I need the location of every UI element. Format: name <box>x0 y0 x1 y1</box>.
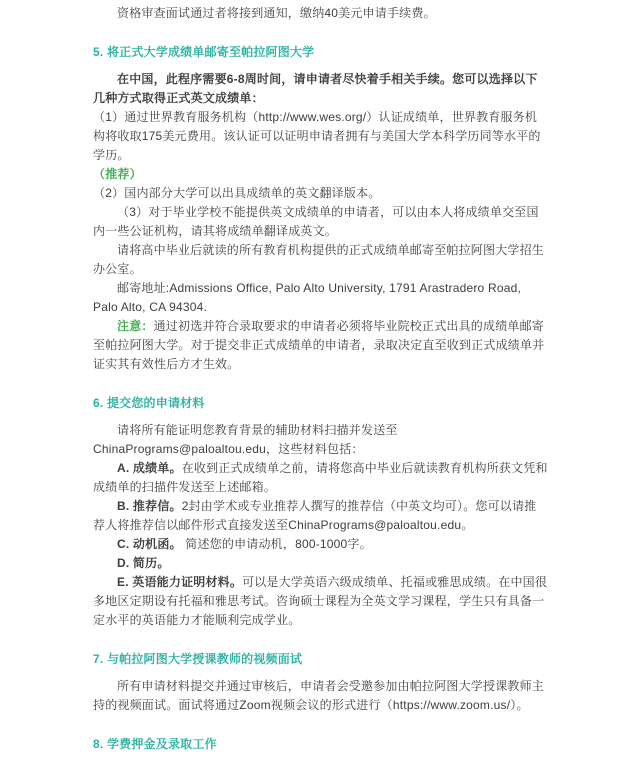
option-1-text: （1）通过世界教育服务机构（http://www.wes.org/）认证成绩单，… <box>93 110 541 162</box>
section-6-lead: 请将所有能证明您教育背景的辅助材料扫描并发送至ChinaPrograms@pal… <box>93 421 548 459</box>
section-5-option-2: （2）国内部分大学可以出具成绩单的英文翻译版本。 <box>93 184 548 203</box>
section-5-heading: 5. 将正式大学成绩单邮寄至帕拉阿图大学 <box>93 43 548 62</box>
section-8-heading: 8. 学费押金及录取工作 <box>93 735 548 754</box>
mail-address-paragraph: 邮寄地址:Admissions Office, Palo Alto Univer… <box>93 279 548 317</box>
material-c-label: C. 动机函。 <box>117 537 182 551</box>
material-d-label: D. 简历。 <box>117 556 170 570</box>
option-1-recommended-tag: （推荐） <box>93 165 548 184</box>
section-7-heading: 7. 与帕拉阿图大学授课教师的视频面试 <box>93 650 548 669</box>
material-item-b: B. 推荐信。2封由学术或专业推荐人撰写的推荐信（中英文均可）。您可以请推荐人将… <box>93 497 548 535</box>
section-7-body: 所有申请材料提交并通过审核后，申请者会受邀参加由帕拉阿图大学授课教师主持的视频面… <box>93 677 548 715</box>
material-item-c: C. 动机函。 简述您的申请动机，800-1000字。 <box>93 535 548 554</box>
material-item-e: E. 英语能力证明材料。可以是大学英语六级成绩单、托福或雅思成绩。在中国很多地区… <box>93 573 548 630</box>
material-e-label: E. 英语能力证明材料。 <box>117 575 242 589</box>
document-page: 资格审查面试通过者将接到通知，缴纳40美元申请手续费。 5. 将正式大学成绩单邮… <box>0 0 635 764</box>
note-label: 注意： <box>117 319 154 333</box>
section-5-lead: 在中国，此程序需要6-8周时间，请申请者尽快着手相关手续。您可以选择以下几种方式… <box>93 70 548 108</box>
material-item-a: A. 成绩单。在收到正式成绩单之前，请将您高中毕业后就读教育机构所获文凭和成绩单… <box>93 459 548 497</box>
section-6-heading: 6. 提交您的申请材料 <box>93 394 548 413</box>
note-paragraph: 注意：通过初选并符合录取要求的申请者必须将毕业院校正式出具的成绩单邮寄至帕拉阿图… <box>93 317 548 374</box>
intro-paragraph: 资格审查面试通过者将接到通知，缴纳40美元申请手续费。 <box>93 4 548 23</box>
section-5-option-1: （1）通过世界教育服务机构（http://www.wes.org/）认证成绩单，… <box>93 108 548 184</box>
note-text: 通过初选并符合录取要求的申请者必须将毕业院校正式出具的成绩单邮寄至帕拉阿图大学。… <box>93 319 544 371</box>
section-5-option-3: （3）对于毕业学校不能提供英文成绩单的申请者，可以由本人将成绩单交至国内一些公证… <box>93 203 548 241</box>
material-b-label: B. 推荐信。 <box>117 499 182 513</box>
material-a-label: A. 成绩单。 <box>117 461 182 475</box>
mail-instruction-paragraph: 请将高中毕业后就读的所有教育机构提供的正式成绩单邮寄至帕拉阿图大学招生办公室。 <box>93 241 548 279</box>
material-c-text: 简述您的申请动机，800-1000字。 <box>182 537 372 551</box>
material-item-d: D. 简历。 <box>93 554 548 573</box>
